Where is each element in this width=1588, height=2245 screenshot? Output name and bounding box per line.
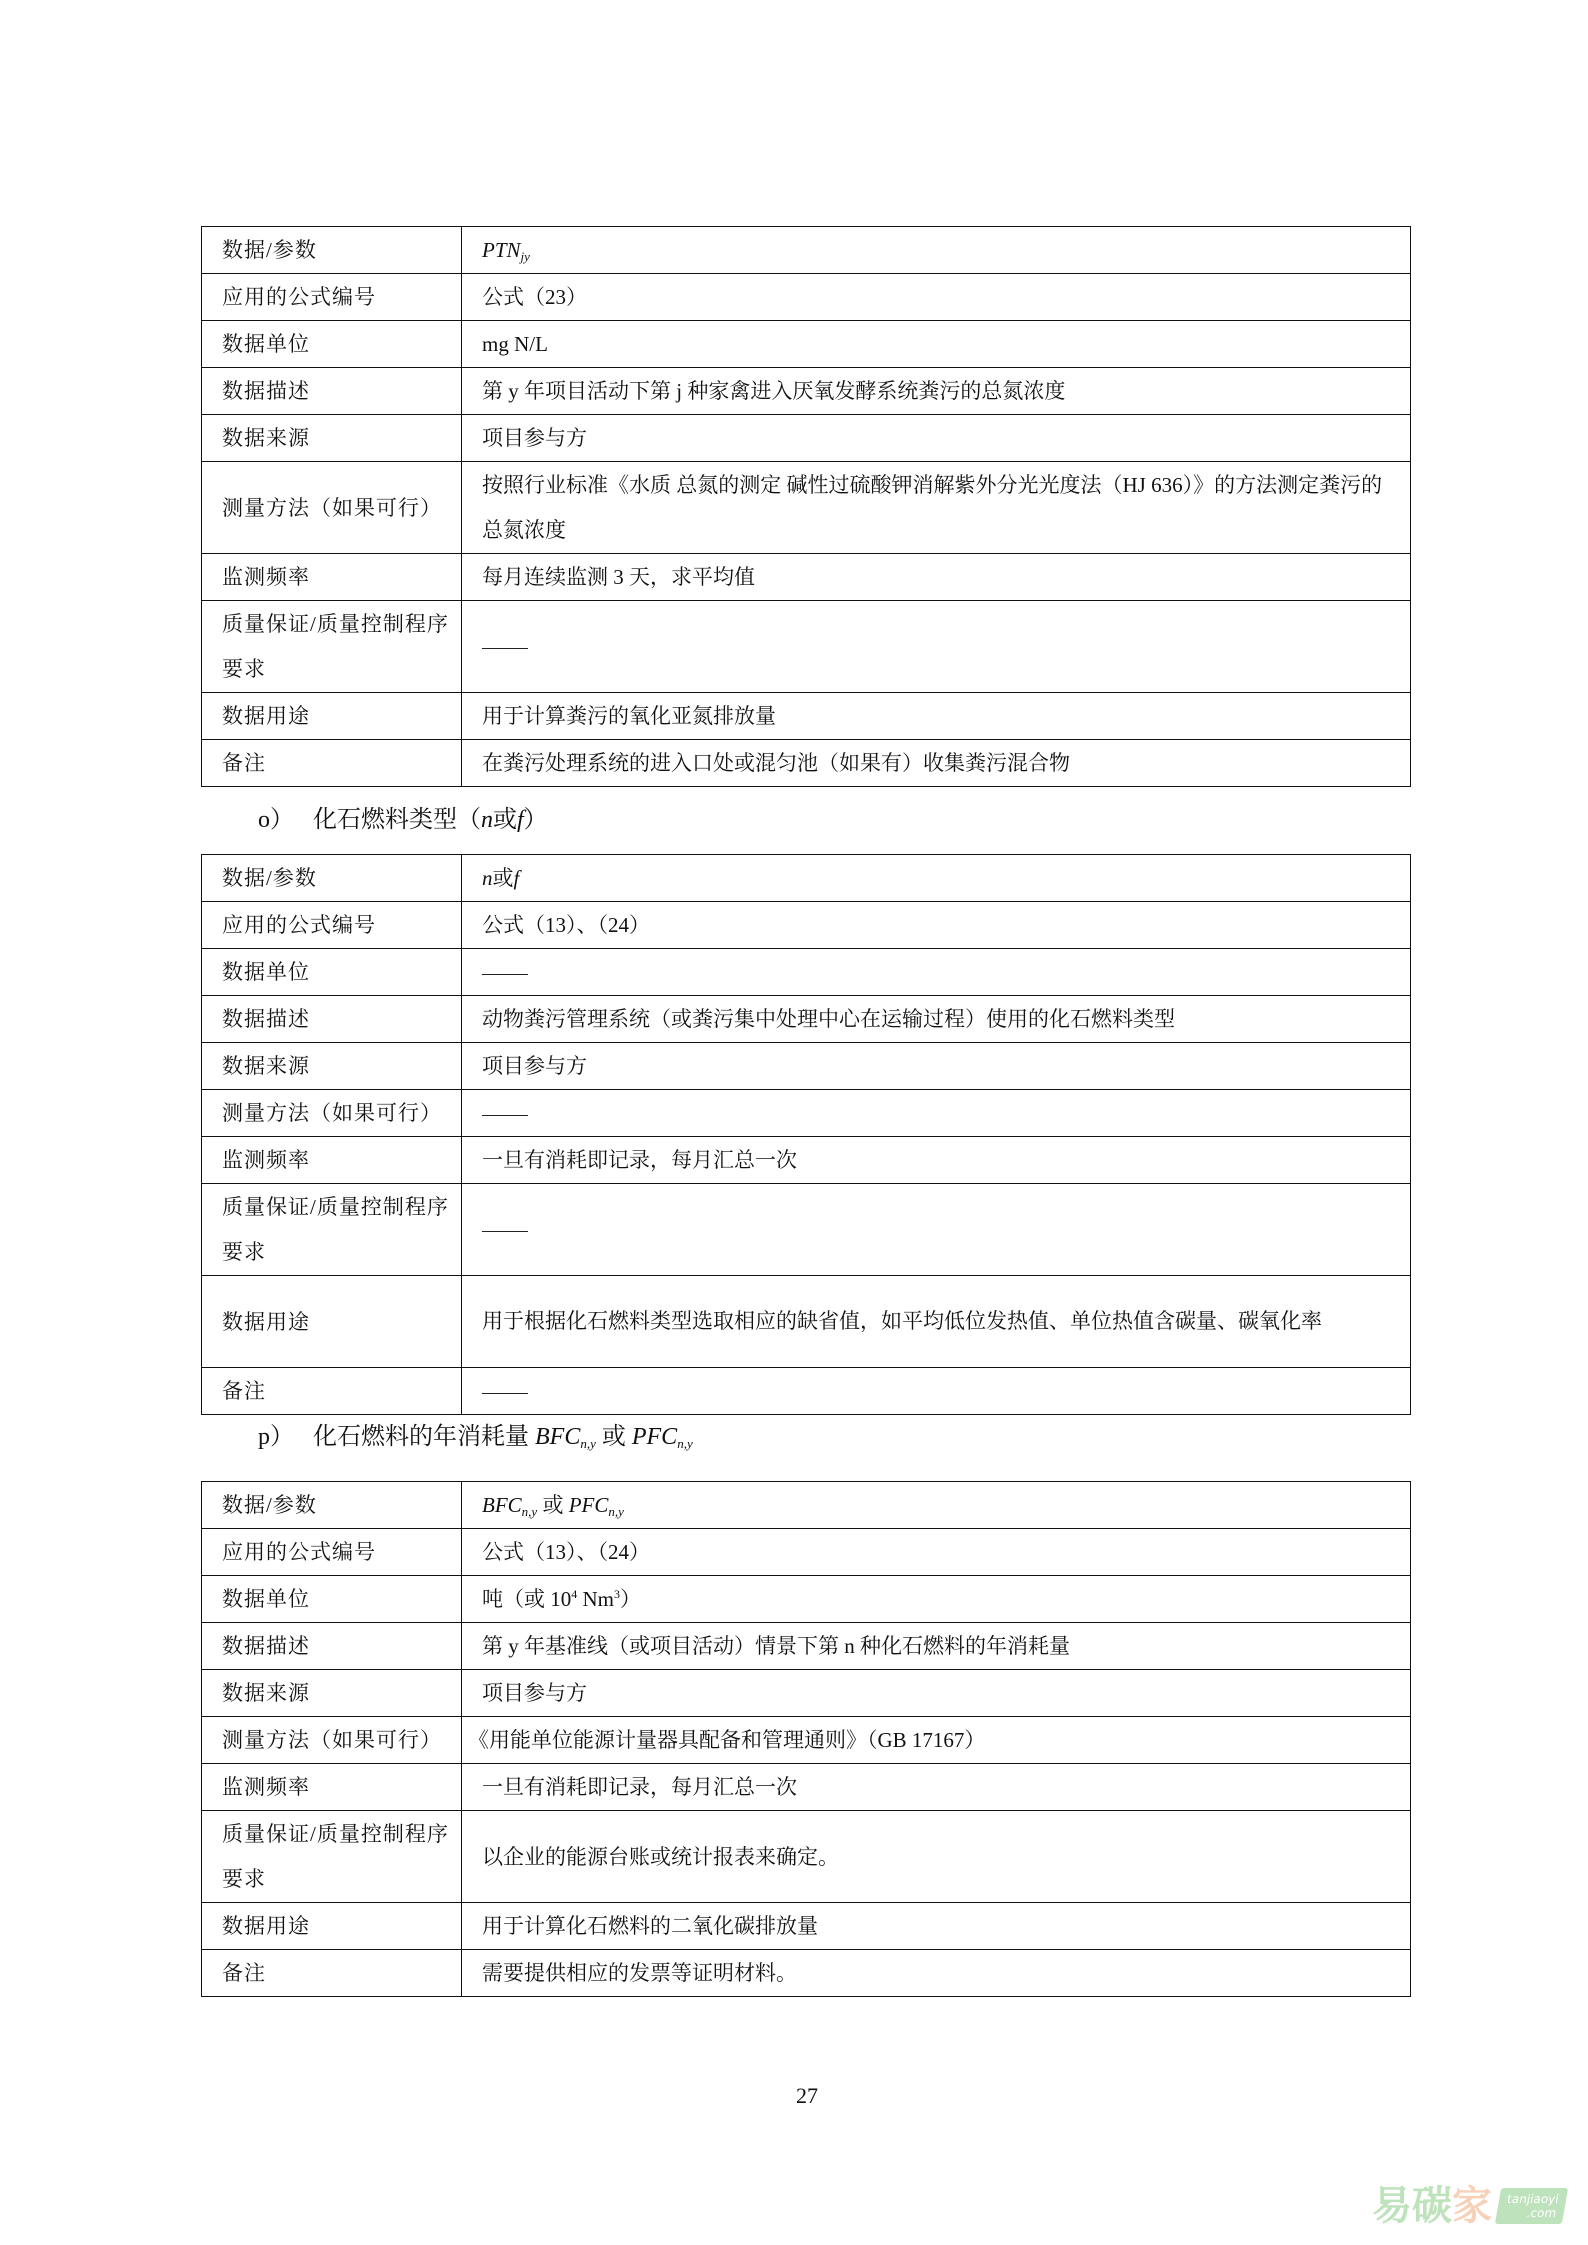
table-row: 数据来源 项目参与方	[202, 1670, 1411, 1717]
row-value: n或f	[462, 855, 1411, 902]
table-row: 数据单位	[202, 949, 1411, 996]
empty-dash	[482, 648, 528, 649]
row-label: 数据来源	[202, 415, 462, 462]
row-label: 数据用途	[202, 1903, 462, 1950]
row-label: 测量方法（如果可行）	[202, 462, 462, 554]
row-label: 数据描述	[202, 368, 462, 415]
table-ptn-total-nitrogen: 数据/参数 PTNjy 应用的公式编号 公式（23） 数据单位 mg N/L 数…	[201, 226, 1411, 787]
value-or: 或	[537, 1493, 569, 1517]
row-label: 监测频率	[202, 1764, 462, 1811]
table-row: 监测频率 一旦有消耗即记录，每月汇总一次	[202, 1764, 1411, 1811]
table-row: 数据单位 吨（或 104 Nm3）	[202, 1576, 1411, 1623]
row-value: 在粪污处理系统的进入口处或混匀池（如果有）收集粪污混合物	[462, 740, 1411, 787]
row-label: 质量保证/质量控制程序要求	[202, 1811, 462, 1903]
table-row: 数据来源 项目参与方	[202, 415, 1411, 462]
row-value: 项目参与方	[462, 1043, 1411, 1090]
table-fuel-type: 数据/参数 n或f 应用的公式编号 公式（13）、（24） 数据单位 数据描述 …	[201, 854, 1411, 1415]
table-row: 备注	[202, 1368, 1411, 1415]
value-or: 或	[493, 866, 514, 890]
row-value	[462, 1368, 1411, 1415]
table-row: 质量保证/质量控制程序要求	[202, 601, 1411, 693]
row-value: mg N/L	[462, 321, 1411, 368]
empty-dash	[482, 1115, 528, 1116]
row-label: 数据/参数	[202, 1482, 462, 1529]
row-label: 应用的公式编号	[202, 1529, 462, 1576]
table-row: 质量保证/质量控制程序要求 以企业的能源台账或统计报表来确定。	[202, 1811, 1411, 1903]
unit-prefix: 吨（或 10	[482, 1587, 571, 1611]
table-row: 应用的公式编号 公式（13）、（24）	[202, 1529, 1411, 1576]
row-value: 按照行业标准《水质 总氮的测定 碱性过硫酸钾消解紫外分光光度法（HJ 636）》…	[462, 462, 1411, 554]
heading-text: 化石燃料类型（	[313, 807, 481, 833]
row-label: 数据来源	[202, 1670, 462, 1717]
row-label: 数据用途	[202, 1276, 462, 1368]
row-label: 质量保证/质量控制程序要求	[202, 1184, 462, 1276]
row-value: 用于计算粪污的氧化亚氮排放量	[462, 693, 1411, 740]
empty-dash	[482, 1393, 528, 1394]
row-value: 以企业的能源台账或统计报表来确定。	[462, 1811, 1411, 1903]
row-value: 公式（13）、（24）	[462, 1529, 1411, 1576]
row-value: 吨（或 104 Nm3）	[462, 1576, 1411, 1623]
row-label: 质量保证/质量控制程序要求	[202, 601, 462, 693]
table-row: 监测频率 每月连续监测 3 天，求平均值	[202, 554, 1411, 601]
unit-mid: Nm	[577, 1587, 614, 1611]
table-row: 数据/参数 n或f	[202, 855, 1411, 902]
row-label: 监测频率	[202, 1137, 462, 1184]
row-label: 数据单位	[202, 1576, 462, 1623]
table-row: 数据单位 mg N/L	[202, 321, 1411, 368]
symbol-f: f	[517, 807, 524, 833]
watermark-char: 易	[1372, 2181, 1412, 2231]
row-value: 公式（23）	[462, 274, 1411, 321]
table-row: 数据用途 用于计算粪污的氧化亚氮排放量	[202, 693, 1411, 740]
table-row: 测量方法（如果可行） 《用能单位能源计量器具配备和管理通则》（GB 17167）	[202, 1717, 1411, 1764]
symbol-subscript: n,y	[580, 1436, 596, 1451]
table-row: 数据描述 动物粪污管理系统（或粪污集中处理中心在运输过程）使用的化石燃料类型	[202, 996, 1411, 1043]
heading-text: 化石燃料的年消耗量	[313, 1424, 535, 1450]
heading-close: ）	[524, 807, 548, 833]
watermark-badge: tanjiaoyi .com	[1495, 2188, 1569, 2224]
watermark-badge-line: tanjiaoyi	[1506, 2192, 1560, 2206]
row-value	[462, 1090, 1411, 1137]
row-value: 用于计算化石燃料的二氧化碳排放量	[462, 1903, 1411, 1950]
row-label: 测量方法（如果可行）	[202, 1717, 462, 1764]
row-label: 数据描述	[202, 996, 462, 1043]
symbol-f: f	[514, 866, 520, 890]
row-value: PTNjy	[462, 227, 1411, 274]
table-row: 测量方法（如果可行） 按照行业标准《水质 总氮的测定 碱性过硫酸钾消解紫外分光光…	[202, 462, 1411, 554]
symbol-subscript: n,y	[608, 1504, 624, 1519]
unit-suffix: ）	[620, 1587, 641, 1611]
table-row: 测量方法（如果可行）	[202, 1090, 1411, 1137]
row-label: 应用的公式编号	[202, 902, 462, 949]
symbol-bfc: BFC	[535, 1424, 580, 1450]
row-value: BFCn,y 或 PFCn,y	[462, 1482, 1411, 1529]
table-row: 数据描述 第 y 年项目活动下第 j 种家禽进入厌氧发酵系统粪污的总氮浓度	[202, 368, 1411, 415]
symbol-subscript: n,y	[522, 1504, 538, 1519]
watermark-logo: 易 碳 家 tanjiaoyi .com	[1372, 2178, 1565, 2234]
row-value: 动物粪污管理系统（或粪污集中处理中心在运输过程）使用的化石燃料类型	[462, 996, 1411, 1043]
symbol-n: n	[482, 866, 493, 890]
watermark-char: 家	[1452, 2181, 1492, 2231]
empty-dash	[482, 1231, 528, 1232]
symbol-subscript: n,y	[677, 1436, 693, 1451]
table-fuel-consumption: 数据/参数 BFCn,y 或 PFCn,y 应用的公式编号 公式（13）、（24…	[201, 1481, 1411, 1997]
row-label: 数据单位	[202, 321, 462, 368]
table-row: 监测频率 一旦有消耗即记录，每月汇总一次	[202, 1137, 1411, 1184]
page-number: 27	[796, 2083, 818, 2109]
row-value: 用于根据化石燃料类型选取相应的缺省值，如平均低位发热值、单位热值含碳量、碳氧化率	[462, 1276, 1411, 1368]
table-row: 数据/参数 PTNjy	[202, 227, 1411, 274]
row-value: 需要提供相应的发票等证明材料。	[462, 1950, 1411, 1997]
list-marker: p）	[258, 1422, 313, 1452]
table-row: 数据用途 用于计算化石燃料的二氧化碳排放量	[202, 1903, 1411, 1950]
symbol-subscript: jy	[521, 249, 530, 264]
table-row: 数据用途 用于根据化石燃料类型选取相应的缺省值，如平均低位发热值、单位热值含碳量…	[202, 1276, 1411, 1368]
symbol-ptn: PTN	[482, 238, 521, 262]
heading-or: 或	[493, 807, 517, 833]
table-row: 数据描述 第 y 年基准线（或项目活动）情景下第 n 种化石燃料的年消耗量	[202, 1623, 1411, 1670]
table-row: 应用的公式编号 公式（23）	[202, 274, 1411, 321]
table-row: 质量保证/质量控制程序要求	[202, 1184, 1411, 1276]
table-row: 应用的公式编号 公式（13）、（24）	[202, 902, 1411, 949]
table-row: 备注 在粪污处理系统的进入口处或混匀池（如果有）收集粪污混合物	[202, 740, 1411, 787]
row-value	[462, 601, 1411, 693]
row-label: 应用的公式编号	[202, 274, 462, 321]
row-label: 监测频率	[202, 554, 462, 601]
row-value: 项目参与方	[462, 415, 1411, 462]
row-label: 备注	[202, 1950, 462, 1997]
row-label: 数据/参数	[202, 227, 462, 274]
empty-dash	[482, 974, 528, 975]
row-label: 数据来源	[202, 1043, 462, 1090]
row-value: 公式（13）、（24）	[462, 902, 1411, 949]
table-row: 数据/参数 BFCn,y 或 PFCn,y	[202, 1482, 1411, 1529]
row-label: 数据用途	[202, 693, 462, 740]
row-label: 数据/参数	[202, 855, 462, 902]
watermark-badge-line: .com	[1504, 2206, 1558, 2220]
heading-or: 或	[596, 1424, 632, 1450]
symbol-bfc: BFC	[482, 1493, 522, 1517]
list-marker: o）	[258, 805, 313, 835]
row-value: 《用能单位能源计量器具配备和管理通则》（GB 17167）	[462, 1717, 1411, 1764]
row-label: 数据单位	[202, 949, 462, 996]
section-heading-o: o）化石燃料类型（n或f）	[258, 805, 548, 835]
row-value	[462, 949, 1411, 996]
table-row: 数据来源 项目参与方	[202, 1043, 1411, 1090]
watermark-char: 碳	[1412, 2181, 1452, 2231]
row-value: 项目参与方	[462, 1670, 1411, 1717]
row-value: 一旦有消耗即记录，每月汇总一次	[462, 1764, 1411, 1811]
symbol-n: n	[481, 807, 493, 833]
row-value	[462, 1184, 1411, 1276]
row-label: 备注	[202, 1368, 462, 1415]
row-value: 每月连续监测 3 天，求平均值	[462, 554, 1411, 601]
row-label: 备注	[202, 740, 462, 787]
row-value: 第 y 年项目活动下第 j 种家禽进入厌氧发酵系统粪污的总氮浓度	[462, 368, 1411, 415]
row-label: 测量方法（如果可行）	[202, 1090, 462, 1137]
table-row: 备注 需要提供相应的发票等证明材料。	[202, 1950, 1411, 1997]
row-value: 一旦有消耗即记录，每月汇总一次	[462, 1137, 1411, 1184]
symbol-pfc: PFC	[569, 1493, 609, 1517]
symbol-pfc: PFC	[632, 1424, 677, 1450]
row-value: 第 y 年基准线（或项目活动）情景下第 n 种化石燃料的年消耗量	[462, 1623, 1411, 1670]
row-label: 数据描述	[202, 1623, 462, 1670]
section-heading-p: p）化石燃料的年消耗量 BFCn,y 或 PFCn,y	[258, 1422, 693, 1452]
